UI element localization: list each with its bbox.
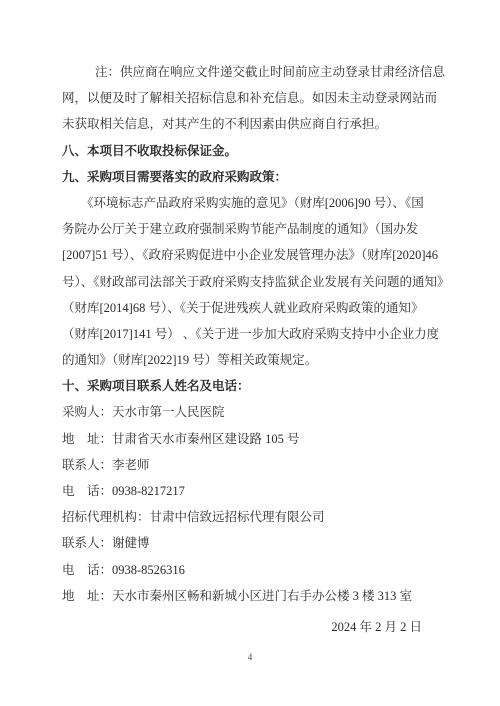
- contact-line-agency-phone: 电 话：0938-8526316: [62, 557, 440, 583]
- section-8-heading: 八、本项目不收取投标保证金。: [62, 138, 440, 164]
- page-number: 4: [0, 651, 500, 663]
- contact-line-agency-address: 地 址：天水市秦州区畅和新城小区进门右手办公楼 3 楼 313 室: [62, 583, 440, 609]
- policy-paragraph-line: [2007]51 号）、《政府采购促进中小企业发展管理办法》（财库[2020]4…: [62, 242, 440, 268]
- policy-paragraph-line: （财库[2014]68 号）、《关于促进残疾人就业政府采购政策的通知》: [62, 295, 440, 321]
- section-9-heading: 九、采购项目需要落实的政府采购政策：: [62, 164, 440, 190]
- document-page: 注：供应商在响应文件递交截止时间前应主动登录甘肃经济信息 网，以便及时了解相关招…: [0, 0, 500, 706]
- policy-paragraph-line: 务院办公厅关于建立政府强制采购节能产品制度的通知》（国办发: [62, 216, 440, 242]
- document-date: 2024 年 2 月 2 日: [62, 614, 440, 640]
- note-paragraph-line: 未获取相关信息，对其产生的不利因素由供应商自行承担。: [62, 111, 440, 137]
- policy-paragraph-line: 号）、《财政部司法部关于政府采购支持监狱企业发展有关问题的通知》: [62, 269, 440, 295]
- section-10-heading: 十、采购项目联系人姓名及电话：: [62, 373, 440, 399]
- contact-line-agency-contact: 联系人：谢健博: [62, 530, 440, 556]
- policy-paragraph-line: 的通知》（财库[2022]19 号）等相关政策规定。: [62, 347, 440, 373]
- document-body: 注：供应商在响应文件递交截止时间前应主动登录甘肃经济信息 网，以便及时了解相关招…: [62, 59, 440, 640]
- contact-line-purchaser-contact: 联系人：李老师: [62, 452, 440, 478]
- contact-line-purchaser-address: 地 址：甘肃省天水市秦州区建设路 105 号: [62, 426, 440, 452]
- contact-line-purchaser-phone: 电 话：0938-8217217: [62, 478, 440, 504]
- note-paragraph-line: 注：供应商在响应文件递交截止时间前应主动登录甘肃经济信息: [62, 59, 440, 85]
- policy-paragraph-line: （财库[2017]141 号） 、《关于进一步加大政府采购支持中小企业力度: [62, 321, 440, 347]
- note-paragraph-line: 网，以便及时了解相关招标信息和补充信息。如因未主动登录网站而: [62, 85, 440, 111]
- contact-line-agency: 招标代理机构：甘肃中信致远招标代理有限公司: [62, 504, 440, 530]
- contact-line-purchaser: 采购人：天水市第一人民医院: [62, 399, 440, 425]
- policy-paragraph-line: 《环境标志产品政府采购实施的意见》（财库[2006]90 号）、《国: [62, 190, 440, 216]
